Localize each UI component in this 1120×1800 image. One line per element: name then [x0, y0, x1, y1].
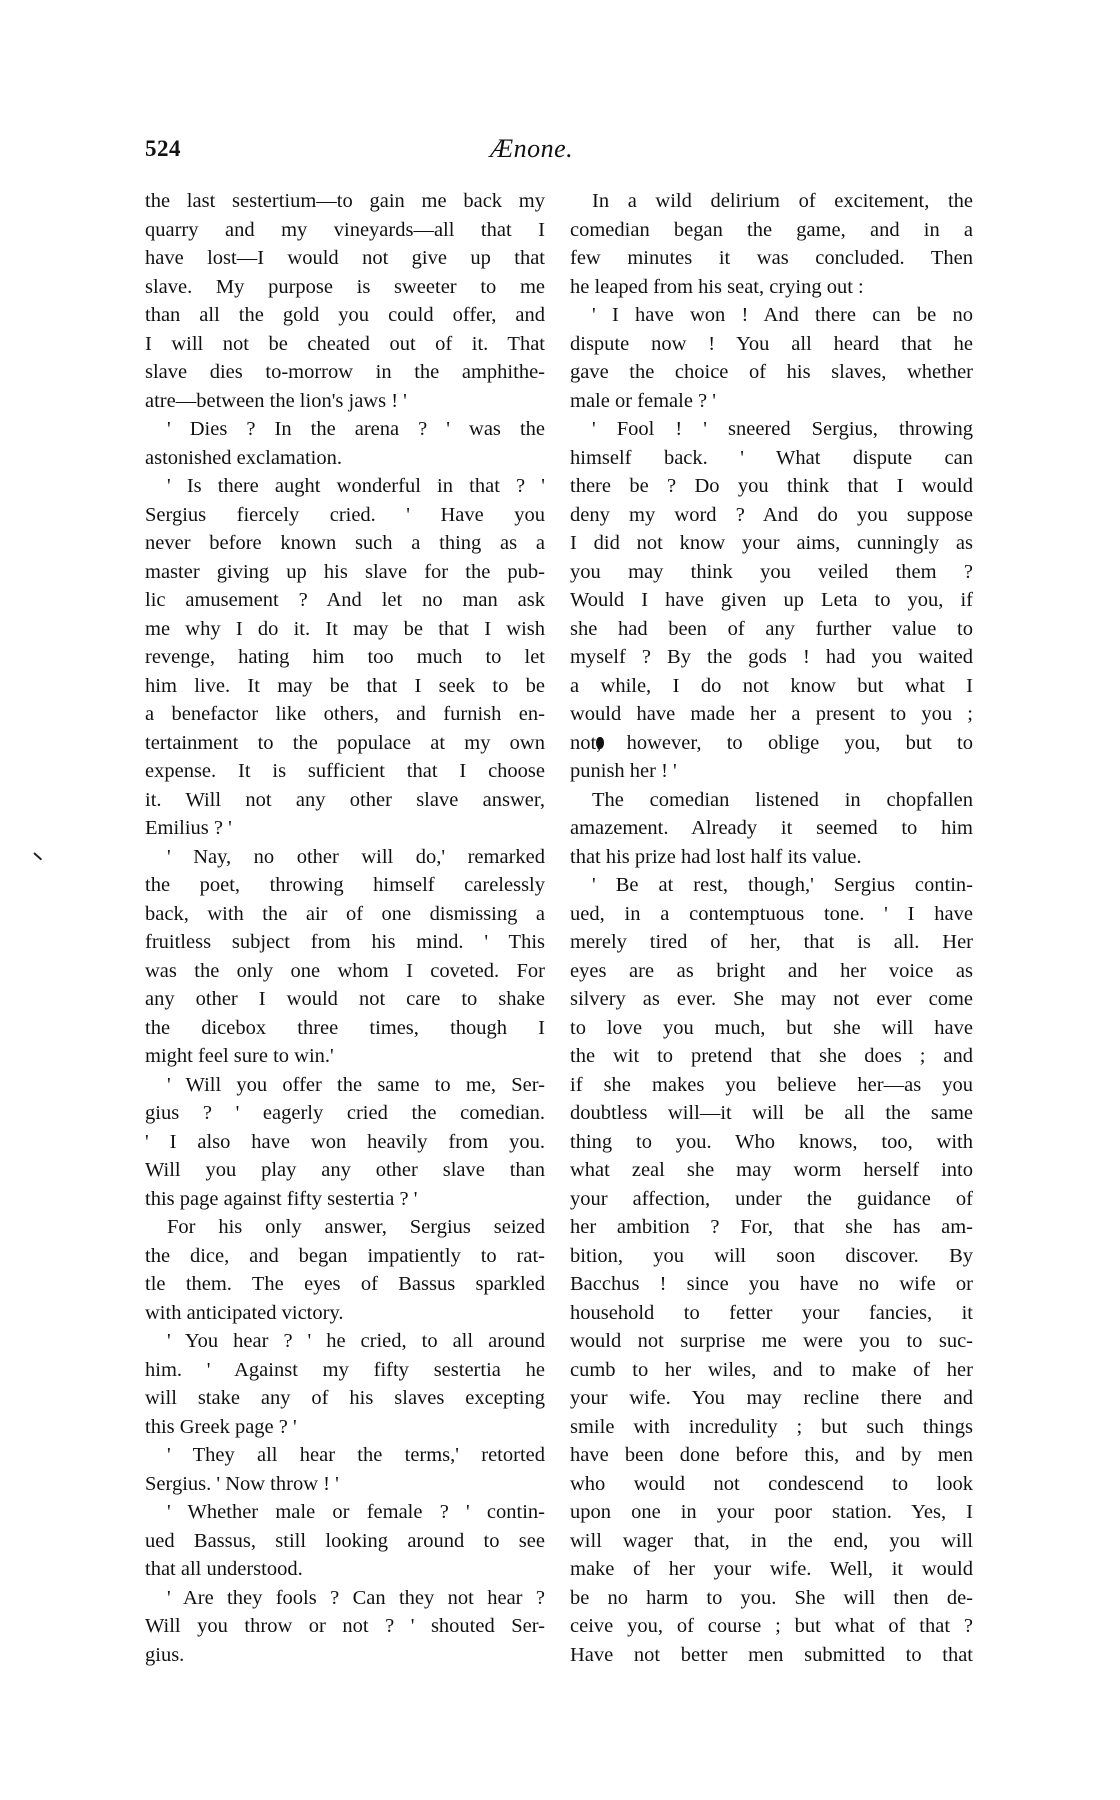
text-line: him. ' Against my fifty sestertia he — [145, 1356, 545, 1385]
text-line: her ambition ? For, that she has am- — [570, 1213, 973, 1242]
text-line: doubtless will—it will be all the same — [570, 1099, 973, 1128]
text-line: eyes are as bright and her voice as — [570, 957, 973, 986]
text-line: will wager that, in the end, you will — [570, 1527, 973, 1556]
text-line: ' Will you offer the same to me, Ser- — [145, 1071, 545, 1100]
text-line: than all the gold you could offer, and — [145, 301, 545, 330]
text-line: deny my word ? And do you suppose — [570, 501, 973, 530]
page-number: 524 — [145, 136, 181, 162]
text-line: bition, you will soon discover. By — [570, 1242, 973, 1271]
text-line: the dice, and began impatiently to rat- — [145, 1242, 545, 1271]
text-line: ceive you, of course ; but what of that … — [570, 1612, 973, 1641]
text-line: The comedian listened in chopfallen — [570, 786, 973, 815]
text-line: household to fetter your fancies, it — [570, 1299, 973, 1328]
text-line: lic amusement ? And let no man ask — [145, 586, 545, 615]
text-line: ' They all hear the terms,' retorted — [145, 1441, 545, 1470]
text-line: smile with incredulity ; but such things — [570, 1413, 973, 1442]
running-head: 524 Ænone. — [145, 128, 973, 168]
text-line: expense. It is sufficient that I choose — [145, 757, 545, 786]
text-line: might feel sure to win.' — [145, 1042, 545, 1071]
text-line: Have not better men submitted to that — [570, 1641, 973, 1670]
text-line: ' Dies ? In the arena ? ' was the — [145, 415, 545, 444]
text-line: merely tired of her, that is all. Her — [570, 928, 973, 957]
text-line: will stake any of his slaves excepting — [145, 1384, 545, 1413]
text-line: Will you play any other slave than — [145, 1156, 545, 1185]
text-line: the wit to pretend that she does ; and — [570, 1042, 973, 1071]
text-line: would not surprise me were you to suc- — [570, 1327, 973, 1356]
text-line: ' Be at rest, though,' Sergius contin- — [570, 871, 973, 900]
text-line: revenge, hating him too much to let — [145, 643, 545, 672]
text-line: ued Bassus, still looking around to see — [145, 1527, 545, 1556]
text-line: himself back. ' What dispute can — [570, 444, 973, 473]
text-line: Sergius fiercely cried. ' Have you — [145, 501, 545, 530]
text-line: he leaped from his seat, crying out : — [570, 273, 973, 302]
text-line: slave. My purpose is sweeter to me — [145, 273, 545, 302]
text-line: him live. It may be that I seek to be — [145, 672, 545, 701]
text-line: make of her your wife. Well, it would — [570, 1555, 973, 1584]
text-line: silvery as ever. She may not ever come — [570, 985, 973, 1014]
text-line: punish her ! ' — [570, 757, 973, 786]
text-line: Will you throw or not ? ' shouted Ser- — [145, 1612, 545, 1641]
text-line: Sergius. ' Now throw ! ' — [145, 1470, 545, 1499]
text-line: you may think you veiled them ? — [570, 558, 973, 587]
right-text-column: In a wild delirium of excitement, thecom… — [570, 187, 973, 1669]
text-line: gave the choice of his slaves, whether — [570, 358, 973, 387]
text-line: upon one in your poor station. Yes, I — [570, 1498, 973, 1527]
text-line: this page against fifty sestertia ? ' — [145, 1185, 545, 1214]
text-line: ' Nay, no other will do,' remarked — [145, 843, 545, 872]
text-line: that all understood. — [145, 1555, 545, 1584]
text-line: ' I also have won heavily from you. — [145, 1128, 545, 1157]
text-line: a benefactor like others, and furnish en… — [145, 700, 545, 729]
text-line: myself ? By the gods ! had you waited — [570, 643, 973, 672]
text-line: be no harm to you. She will then de- — [570, 1584, 973, 1613]
text-line: to love you much, but she will have — [570, 1014, 973, 1043]
text-line: the poet, throwing himself carelessly — [145, 871, 545, 900]
text-line: amazement. Already it seemed to him — [570, 814, 973, 843]
margin-stray-mark — [33, 852, 42, 860]
text-line: what zeal she may worm herself into — [570, 1156, 973, 1185]
text-line: ' Are they fools ? Can they not hear ? — [145, 1584, 545, 1613]
text-line: was the only one whom I coveted. For — [145, 957, 545, 986]
text-line: if she makes you believe her—as you — [570, 1071, 973, 1100]
text-line: I will not be cheated out of it. That — [145, 330, 545, 359]
text-line: she had been of any further value to — [570, 615, 973, 644]
text-line: I did not know your aims, cunningly as — [570, 529, 973, 558]
text-line: gius ? ' eagerly cried the comedian. — [145, 1099, 545, 1128]
text-line: the dicebox three times, though I — [145, 1014, 545, 1043]
text-line: ' You hear ? ' he cried, to all around — [145, 1327, 545, 1356]
text-line: Would I have given up Leta to you, if — [570, 586, 973, 615]
text-line: your wife. You may recline there and — [570, 1384, 973, 1413]
text-line: gius. — [145, 1641, 545, 1670]
text-line: have been done before this, and by men — [570, 1441, 973, 1470]
text-line: tle them. The eyes of Bassus sparkled — [145, 1270, 545, 1299]
text-line: have lost—I would not give up that — [145, 244, 545, 273]
text-line: with anticipated victory. — [145, 1299, 545, 1328]
text-line: who would not condescend to look — [570, 1470, 973, 1499]
text-line: ' Is there aught wonderful in that ? ' — [145, 472, 545, 501]
text-line: your affection, under the guidance of — [570, 1185, 973, 1214]
left-text-column: the last sestertium—to gain me back myqu… — [145, 187, 545, 1669]
text-line: atre—between the lion's jaws ! ' — [145, 387, 545, 416]
text-line: any other I would not care to shake — [145, 985, 545, 1014]
text-line: astonished exclamation. — [145, 444, 545, 473]
text-line: it. Will not any other slave answer, — [145, 786, 545, 815]
text-line: In a wild delirium of excitement, the — [570, 187, 973, 216]
text-line: thing to you. Who knows, too, with — [570, 1128, 973, 1157]
text-line: male or female ? ' — [570, 387, 973, 416]
text-line: ' Fool ! ' sneered Sergius, throwing — [570, 415, 973, 444]
text-line: ' I have won ! And there can be no — [570, 301, 973, 330]
text-line: never before known such a thing as a — [145, 529, 545, 558]
text-line: tertainment to the populace at my own — [145, 729, 545, 758]
text-line: master giving up his slave for the pub- — [145, 558, 545, 587]
running-title: Ænone. — [490, 134, 573, 164]
text-line: fruitless subject from his mind. ' This — [145, 928, 545, 957]
text-line: the last sestertium—to gain me back my — [145, 187, 545, 216]
text-line: ued, in a contemptuous tone. ' I have — [570, 900, 973, 929]
text-line: Emilius ? ' — [145, 814, 545, 843]
text-line: that his prize had lost half its value. — [570, 843, 973, 872]
text-line: cumb to her wiles, and to make of her — [570, 1356, 973, 1385]
text-line: not, however, to oblige you, but to — [570, 729, 973, 758]
text-line: there be ? Do you think that I would — [570, 472, 973, 501]
text-line: this Greek page ? ' — [145, 1413, 545, 1442]
text-line: slave dies to-morrow in the amphithe- — [145, 358, 545, 387]
text-line: me why I do it. It may be that I wish — [145, 615, 545, 644]
text-line: comedian began the game, and in a — [570, 216, 973, 245]
text-line: quarry and my vineyards—all that I — [145, 216, 545, 245]
text-line: ' Whether male or female ? ' contin- — [145, 1498, 545, 1527]
text-line: back, with the air of one dismissing a — [145, 900, 545, 929]
ink-blot — [596, 737, 604, 749]
text-line: For his only answer, Sergius seized — [145, 1213, 545, 1242]
text-line: a while, I do not know but what I — [570, 672, 973, 701]
text-line: would have made her a present to you ; — [570, 700, 973, 729]
text-line: few minutes it was concluded. Then — [570, 244, 973, 273]
text-line: Bacchus ! since you have no wife or — [570, 1270, 973, 1299]
text-line: dispute now ! You all heard that he — [570, 330, 973, 359]
book-page: 524 Ænone. the last sestertium—to gain m… — [0, 0, 1120, 1800]
